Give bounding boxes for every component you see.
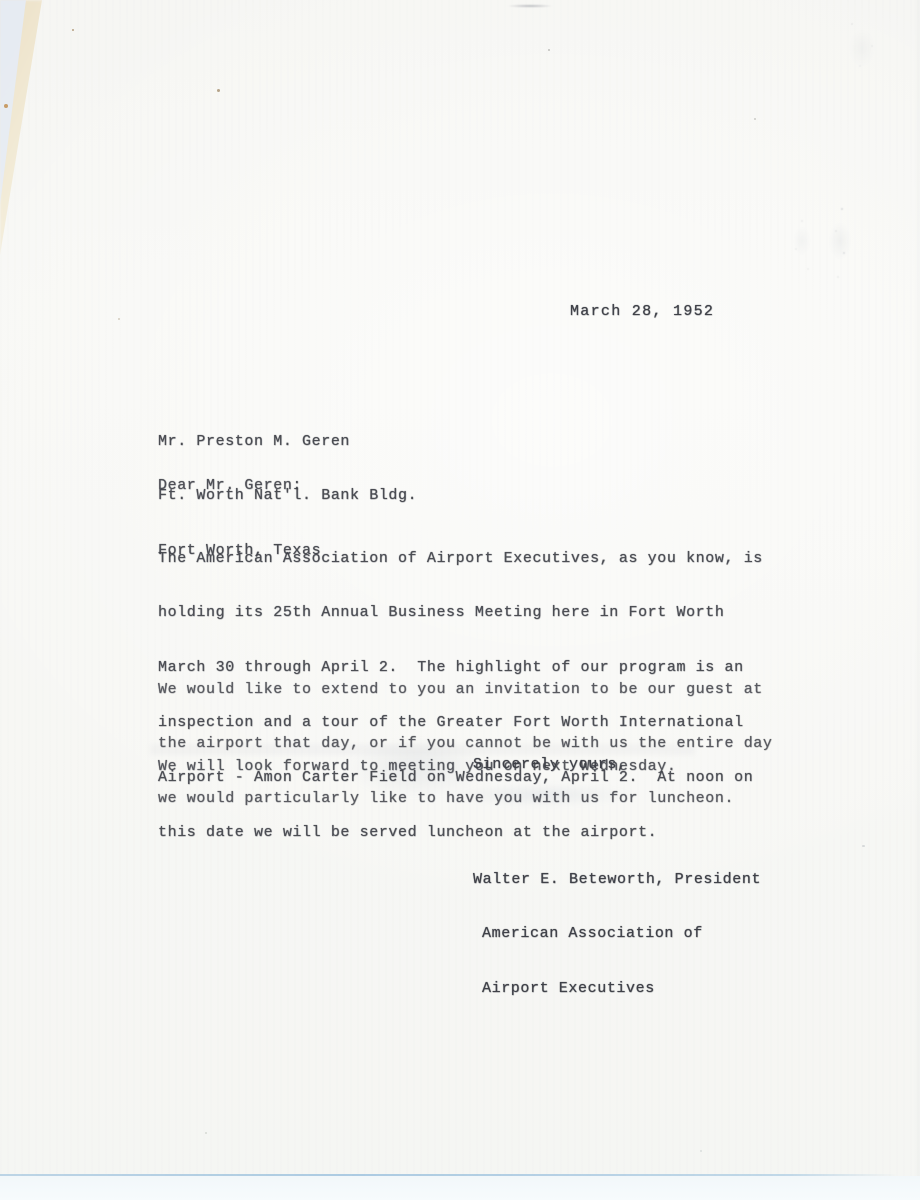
signature-block: Walter E. Beteworth, President American … <box>473 834 761 1035</box>
letter-content: March 28, 1952 Mr. Preston M. Geren Ft. … <box>0 0 920 1200</box>
recipient-name: Mr. Preston M. Geren <box>158 433 417 451</box>
salutation: Dear Mr. Geren: <box>158 477 302 495</box>
signature-org-line: American Association of <box>473 925 761 943</box>
signature-name: Walter E. Beteworth, President <box>473 871 761 889</box>
signature-org-line: Airport Executives <box>473 980 761 998</box>
scanned-letter-page: March 28, 1952 Mr. Preston M. Geren Ft. … <box>0 0 920 1200</box>
letter-date: March 28, 1952 <box>570 303 714 321</box>
body-line: The American Association of Airport Exec… <box>158 550 763 568</box>
body-line: holding its 25th Annual Business Meeting… <box>158 604 763 622</box>
closing: Sincerely yours, <box>473 756 627 774</box>
body-line: We would like to extend to you an invita… <box>158 681 773 699</box>
